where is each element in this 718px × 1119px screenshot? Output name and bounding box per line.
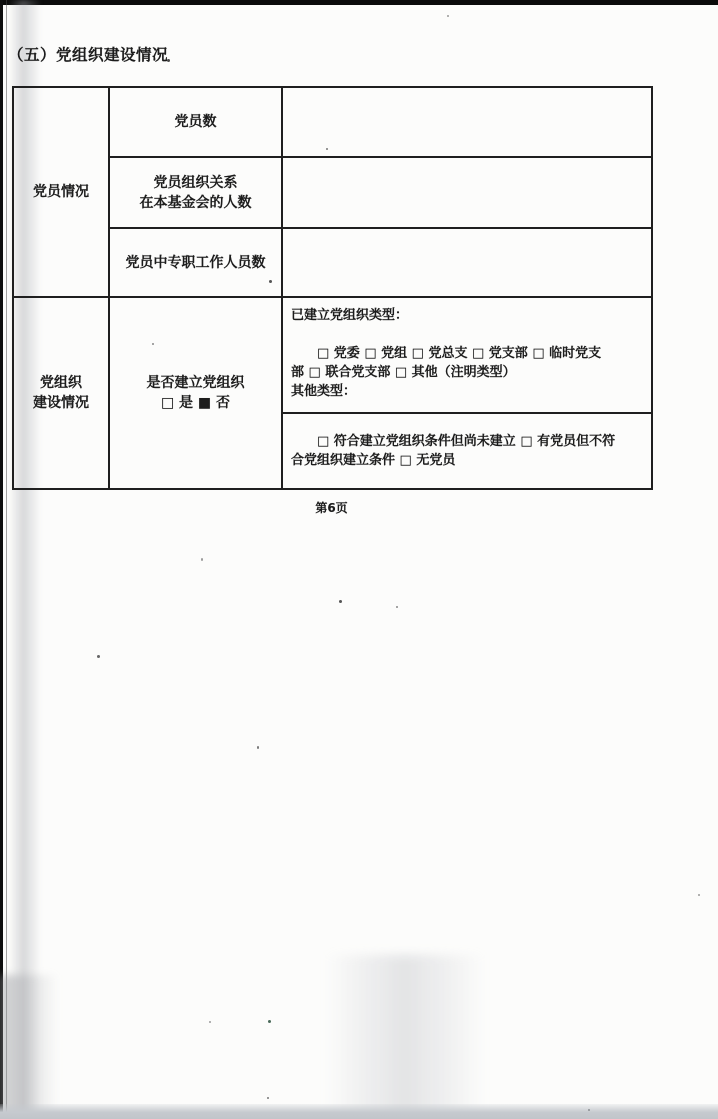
scan-left-edge	[0, 0, 3, 1119]
scan-speck	[396, 606, 398, 608]
section-heading: （五）党组织建设情况	[8, 43, 168, 65]
scan-smudge-bottom-left	[0, 975, 58, 1119]
scan-bottom-band	[0, 1104, 718, 1119]
scan-speck	[268, 1020, 271, 1023]
label-party-member-count: 党员数	[109, 87, 282, 157]
scan-speck	[326, 148, 328, 150]
scan-speck	[209, 1021, 211, 1023]
label-fulltime-staff-party-members: 党员中专职工作人员数	[109, 228, 282, 297]
scan-speck	[152, 343, 154, 345]
scan-speck	[588, 1109, 590, 1111]
party-building-table: 党员情况 党员数 党员组织关系 在本基金会的人数 党员中专职工作人员数 党组织 …	[12, 86, 653, 490]
scan-speck	[267, 1097, 269, 1099]
scan-speck	[257, 746, 259, 749]
scan-top-edge	[0, 0, 718, 5]
scan-speck	[339, 600, 342, 603]
scan-speck	[97, 655, 100, 658]
scan-smudge-bottom-center	[325, 955, 485, 1119]
page-number: 第6页	[12, 499, 651, 516]
value-fulltime-staff-party-members	[282, 228, 652, 297]
scanned-page: （五）党组织建设情况 党员情况 党员数 党员组织关系 在本基金会的人数 党员中专…	[0, 0, 718, 1119]
question-org-established-checkboxes: 是否建立党组织 □ 是 ■ 否	[109, 297, 282, 489]
label-membership-relation-count: 党员组织关系 在本基金会的人数	[109, 157, 282, 228]
scan-speck	[447, 15, 449, 17]
scan-speck	[167, 59, 170, 62]
scan-speck	[269, 280, 272, 283]
not-established-reasons-cell: □ 符合建立党组织条件但尚未建立 □ 有党员但不符 合党组织建立条件 □ 无党员	[282, 413, 652, 489]
row-group-label-party-members: 党员情况	[13, 87, 109, 297]
row-group-label-org-building: 党组织 建设情况	[13, 297, 109, 489]
scan-speck	[201, 558, 203, 561]
scan-speck	[698, 894, 700, 896]
value-membership-relation-count	[282, 157, 652, 228]
value-party-member-count	[282, 87, 652, 157]
established-org-types-cell: 已建立党组织类型： □ 党委 □ 党组 □ 党总支 □ 党支部 □ 临时党支 部…	[282, 297, 652, 413]
page-fold-line	[6, 0, 7, 1119]
